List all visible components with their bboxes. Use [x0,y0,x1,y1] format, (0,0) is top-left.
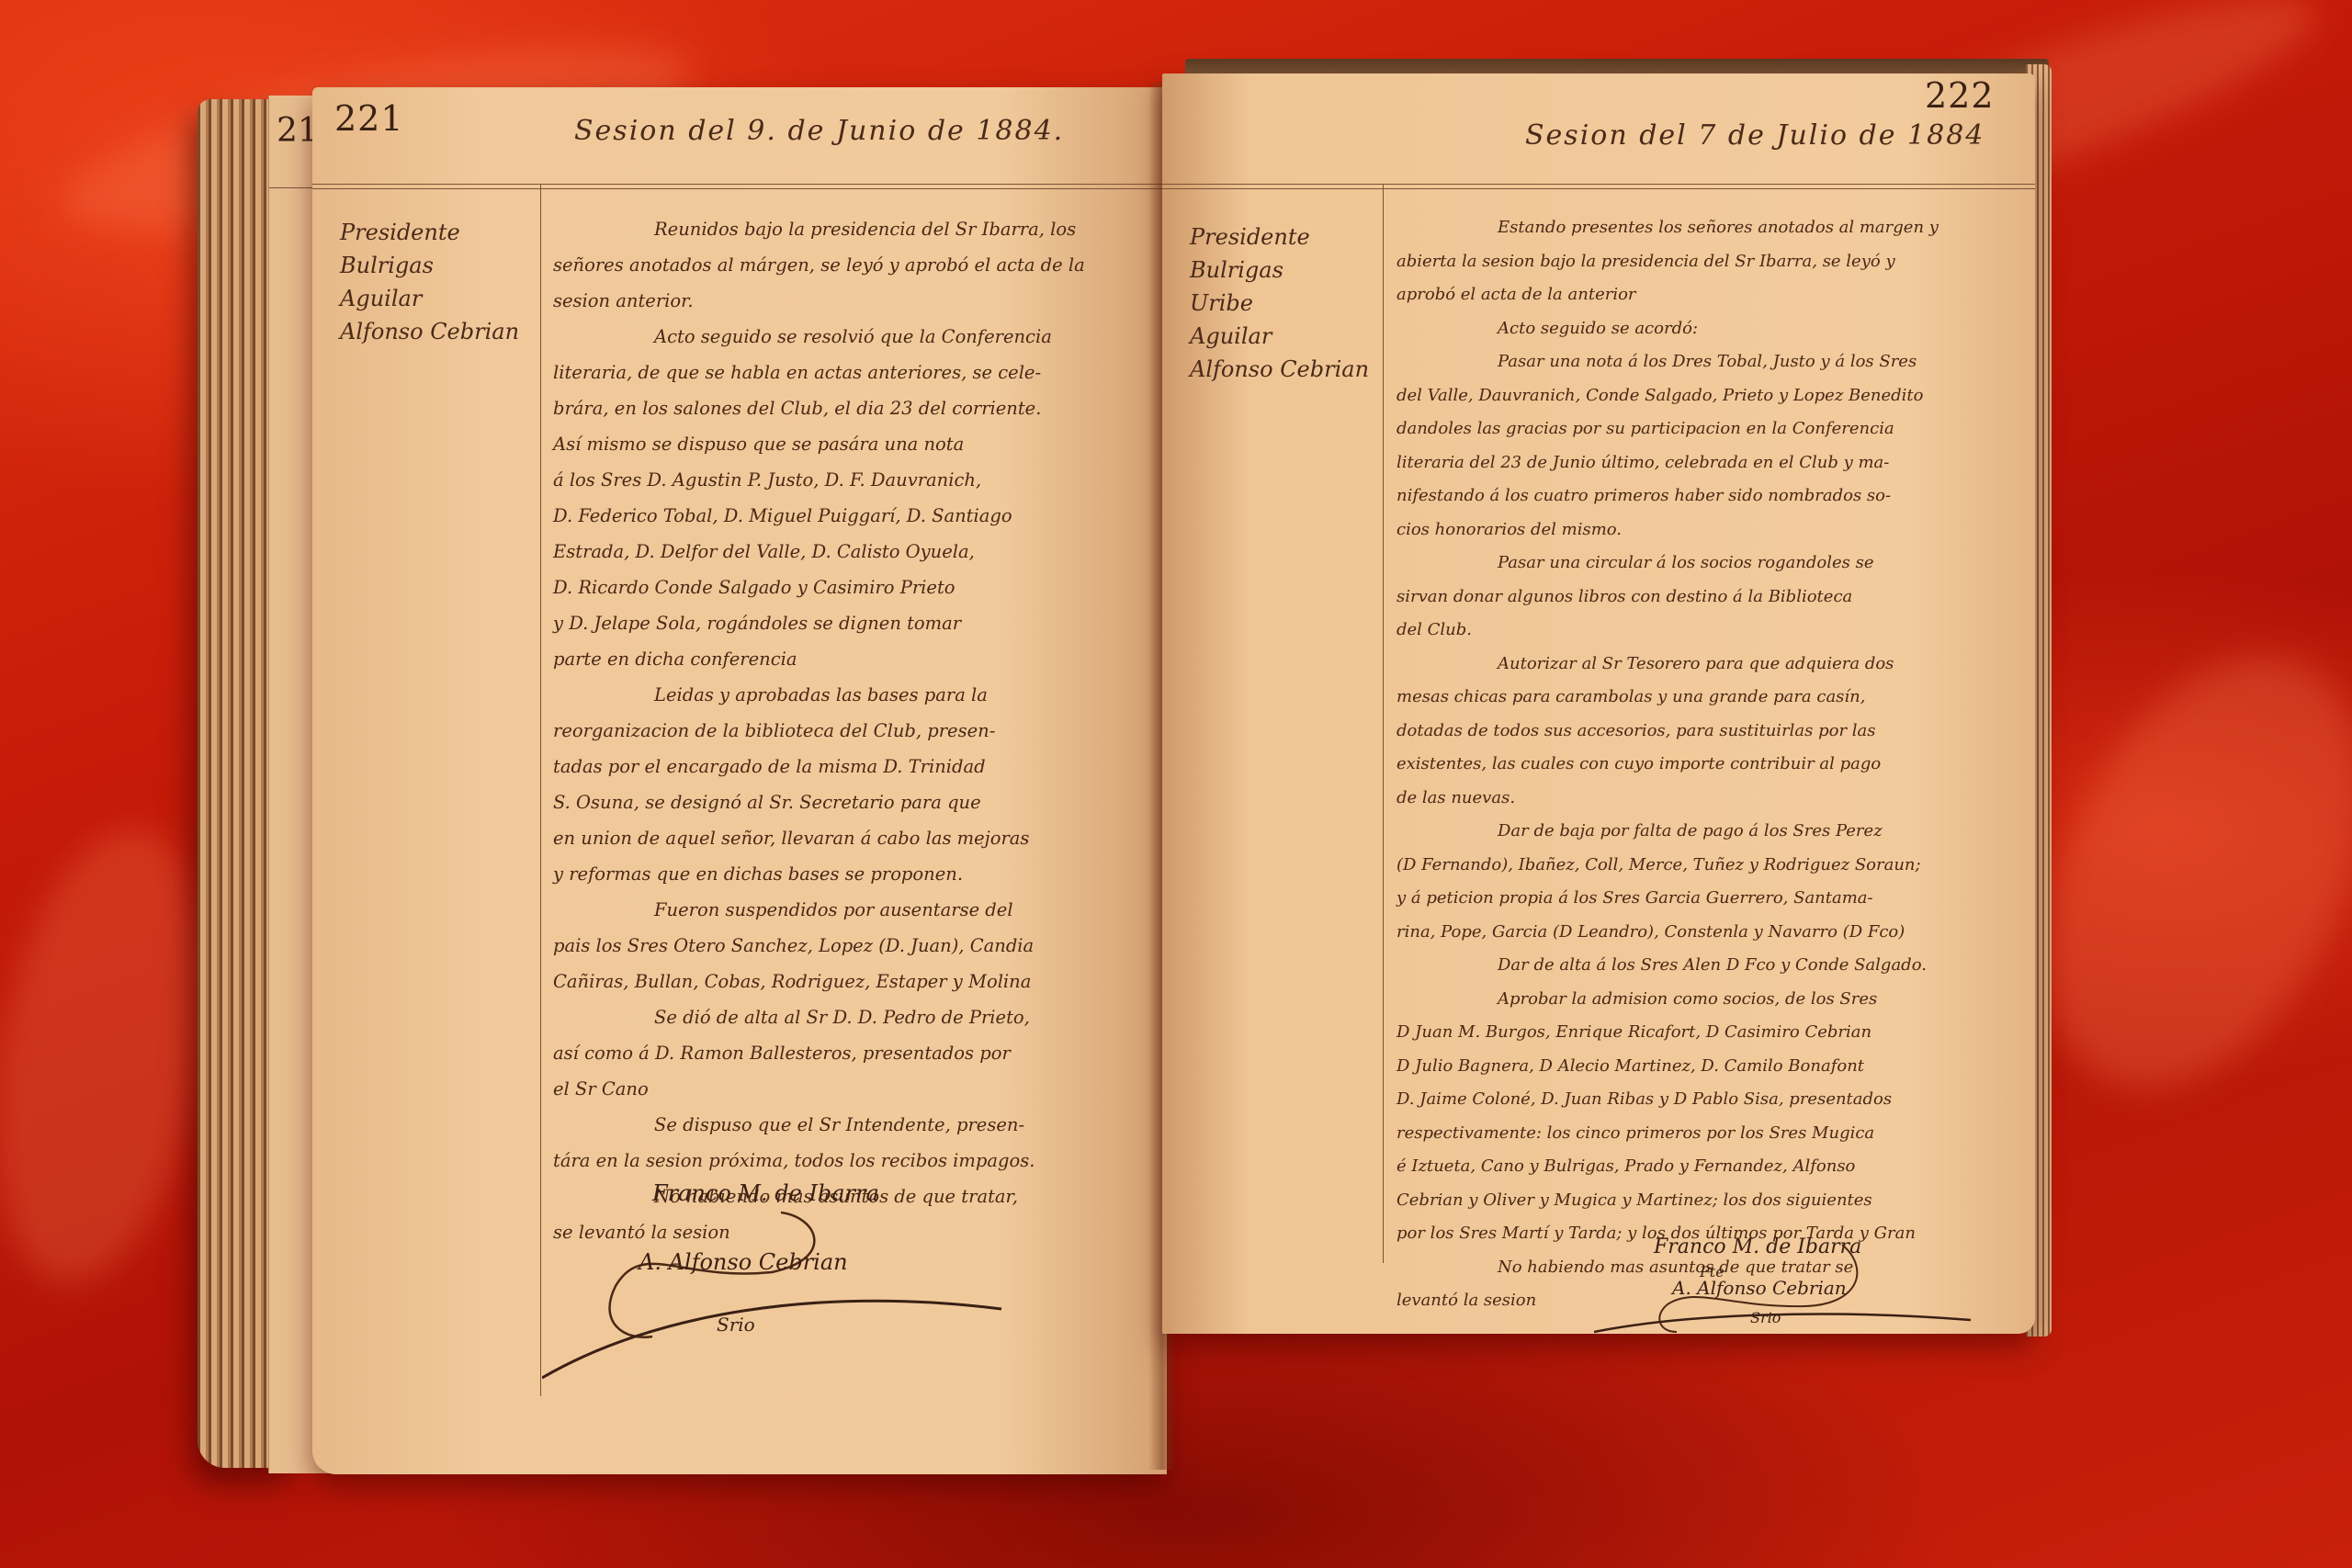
text-line: reorganizacion de la biblioteca del Club… [553,713,1085,749]
text-line: D. Jaime Coloné, D. Juan Ribas y D Pablo… [1396,1083,1939,1117]
text-line: aprobó el acta de la anterior [1396,278,1939,312]
text-line: el Sr Cano [553,1071,1085,1107]
signature-underline-icon [1594,1300,1980,1337]
text-line: D Juan M. Burgos, Enrique Ricafort, D Ca… [1396,1016,1939,1050]
text-line: Dar de alta á los Sres Alen D Fco y Cond… [1396,949,1939,983]
attendee: Aguilar [340,282,519,315]
text-line: del Valle, Dauvranich, Conde Salgado, Pr… [1396,379,1939,413]
margin-rule [540,184,541,1396]
text-line: en union de aquel señor, llevaran á cabo… [553,820,1085,856]
text-line: á los Sres D. Agustin P. Justo, D. F. Da… [553,462,1085,498]
minutes-body: Estando presentes los señores anotados a… [1396,211,1939,1318]
attendee: Bulrigas [340,249,519,282]
text-line: Estrada, D. Delfor del Valle, D. Calisto… [553,534,1085,570]
text-line: Cañiras, Bullan, Cobas, Rodriguez, Estap… [553,964,1085,999]
header-rule-2 [1162,188,2035,189]
session-header: Sesion del 7 de Julio de 1884 [1525,119,1984,152]
text-line: Acto seguido se resolvió que la Conferen… [553,319,1085,355]
attendee: Bulrigas [1190,254,1369,287]
text-line: pais los Sres Otero Sanchez, Lopez (D. J… [553,928,1085,964]
text-line: de las nuevas. [1396,782,1939,816]
text-line: mesas chicas para carambolas y una grand… [1396,681,1939,715]
text-line: y reformas que en dichas bases se propon… [553,856,1085,892]
text-line: Se dió de alta al Sr D. D. Pedro de Prie… [553,999,1085,1035]
text-line: sesion anterior. [553,283,1085,319]
text-line: Pasar una nota á los Dres Tobal, Justo y… [1396,345,1939,379]
attendee: Alfonso Cebrian [1190,353,1369,386]
text-line: (D Fernando), Ibañez, Coll, Merce, Tuñez… [1396,849,1939,883]
attendee: Aguilar [1190,320,1369,353]
text-line: é Iztueta, Cano y Bulrigas, Prado y Fern… [1396,1150,1939,1184]
text-line: D. Federico Tobal, D. Miguel Puiggarí, D… [553,498,1085,534]
text-line: brára, en los salones del Club, el dia 2… [553,390,1085,426]
attendee: Presidente [340,216,519,249]
text-line: abierta la sesion bajo la presidencia de… [1396,245,1939,279]
attendee: Uribe [1190,287,1369,320]
text-line: así como á D. Ramon Ballesteros, present… [553,1035,1085,1071]
text-line: Así mismo se dispuso que se pasára una n… [553,426,1085,462]
text-line: dandoles las gracias por su participacio… [1396,412,1939,446]
text-line: Acto seguido se acordó: [1396,312,1939,346]
secretary-signature: A. Alfonso Cebrian [639,1249,848,1275]
text-line: cios honorarios del mismo. [1396,513,1939,547]
left-page: 221 Sesion del 9. de Junio de 1884. Pres… [312,87,1167,1474]
text-line: Dar de baja por falta de pago á los Sres… [1396,815,1939,849]
text-line: parte en dicha conferencia [553,641,1085,677]
text-line: y á peticion propia á los Sres Garcia Gu… [1396,882,1939,916]
attendee: Presidente [1190,220,1369,254]
text-line: tadas por el encargado de la misma D. Tr… [553,749,1085,784]
header-rule-2 [312,188,1167,189]
header-rule [312,184,1167,185]
session-header: Sesion del 9. de Junio de 1884. [574,115,1064,147]
text-line: literaria del 23 de Junio último, celebr… [1396,446,1939,480]
minutes-body: Reunidos bajo la presidencia del Sr Ibar… [553,211,1085,1250]
secretary-title: Srio [717,1314,755,1336]
text-line: S. Osuna, se designó al Sr. Secretario p… [553,784,1085,820]
header-rule [1162,184,2035,185]
text-line: señores anotados al márgen, se leyó y ap… [553,247,1085,283]
text-line: Cebrian y Oliver y Mugica y Martinez; lo… [1396,1184,1939,1218]
text-line: Pasar una circular á los socios rogandol… [1396,547,1939,581]
text-line: rina, Pope, Garcia (D Leandro), Constenl… [1396,916,1939,950]
text-line: Autorizar al Sr Tesorero para que adquie… [1396,648,1939,682]
text-line: dotadas de todos sus accesorios, para su… [1396,715,1939,749]
text-line: Aprobar la admision como socios, de los … [1396,983,1939,1017]
text-line: nifestando á los cuatro primeros haber s… [1396,479,1939,513]
text-line: Leidas y aprobadas las bases para la [553,677,1085,713]
text-line: sirvan donar algunos libros con destino … [1396,581,1939,615]
text-line: Estando presentes los señores anotados a… [1396,211,1939,245]
text-line: respectivamente: los cinco primeros por … [1396,1117,1939,1151]
attendee: Alfonso Cebrian [340,315,519,348]
page-number: 221 [334,98,404,139]
text-line: y D. Jelape Sola, rogándoles se dignen t… [553,605,1085,641]
text-line: del Club. [1396,614,1939,648]
secretary-title: Srio [1750,1309,1781,1326]
signature-flourish-icon [542,1203,1020,1387]
president-signature: Franco M. de Ibarra [652,1180,879,1206]
attendee-margin: Presidente Bulrigas Uribe Aguilar Alfons… [1190,220,1369,386]
text-line: D Julio Bagnera, D Alecio Martinez, D. C… [1396,1050,1939,1084]
text-line: Se dispuso que el Sr Intendente, presen- [553,1107,1085,1143]
secretary-signature: A. Alfonso Cebrian [1672,1277,1847,1299]
margin-rule [1383,184,1384,1263]
text-line: tára en la sesion próxima, todos los rec… [553,1143,1085,1179]
right-page: 222 Sesion del 7 de Julio de 1884 Presid… [1162,73,2035,1334]
attendee-margin: Presidente Bulrigas Aguilar Alfonso Cebr… [340,216,519,348]
text-line: Fueron suspendidos por ausentarse del [553,892,1085,928]
text-line: literaria, de que se habla en actas ante… [553,355,1085,390]
page-number: 222 [1925,75,1995,116]
text-line: existentes, las cuales con cuyo importe … [1396,748,1939,782]
text-line: Reunidos bajo la presidencia del Sr Ibar… [553,211,1085,247]
text-line: D. Ricardo Conde Salgado y Casimiro Prie… [553,570,1085,605]
